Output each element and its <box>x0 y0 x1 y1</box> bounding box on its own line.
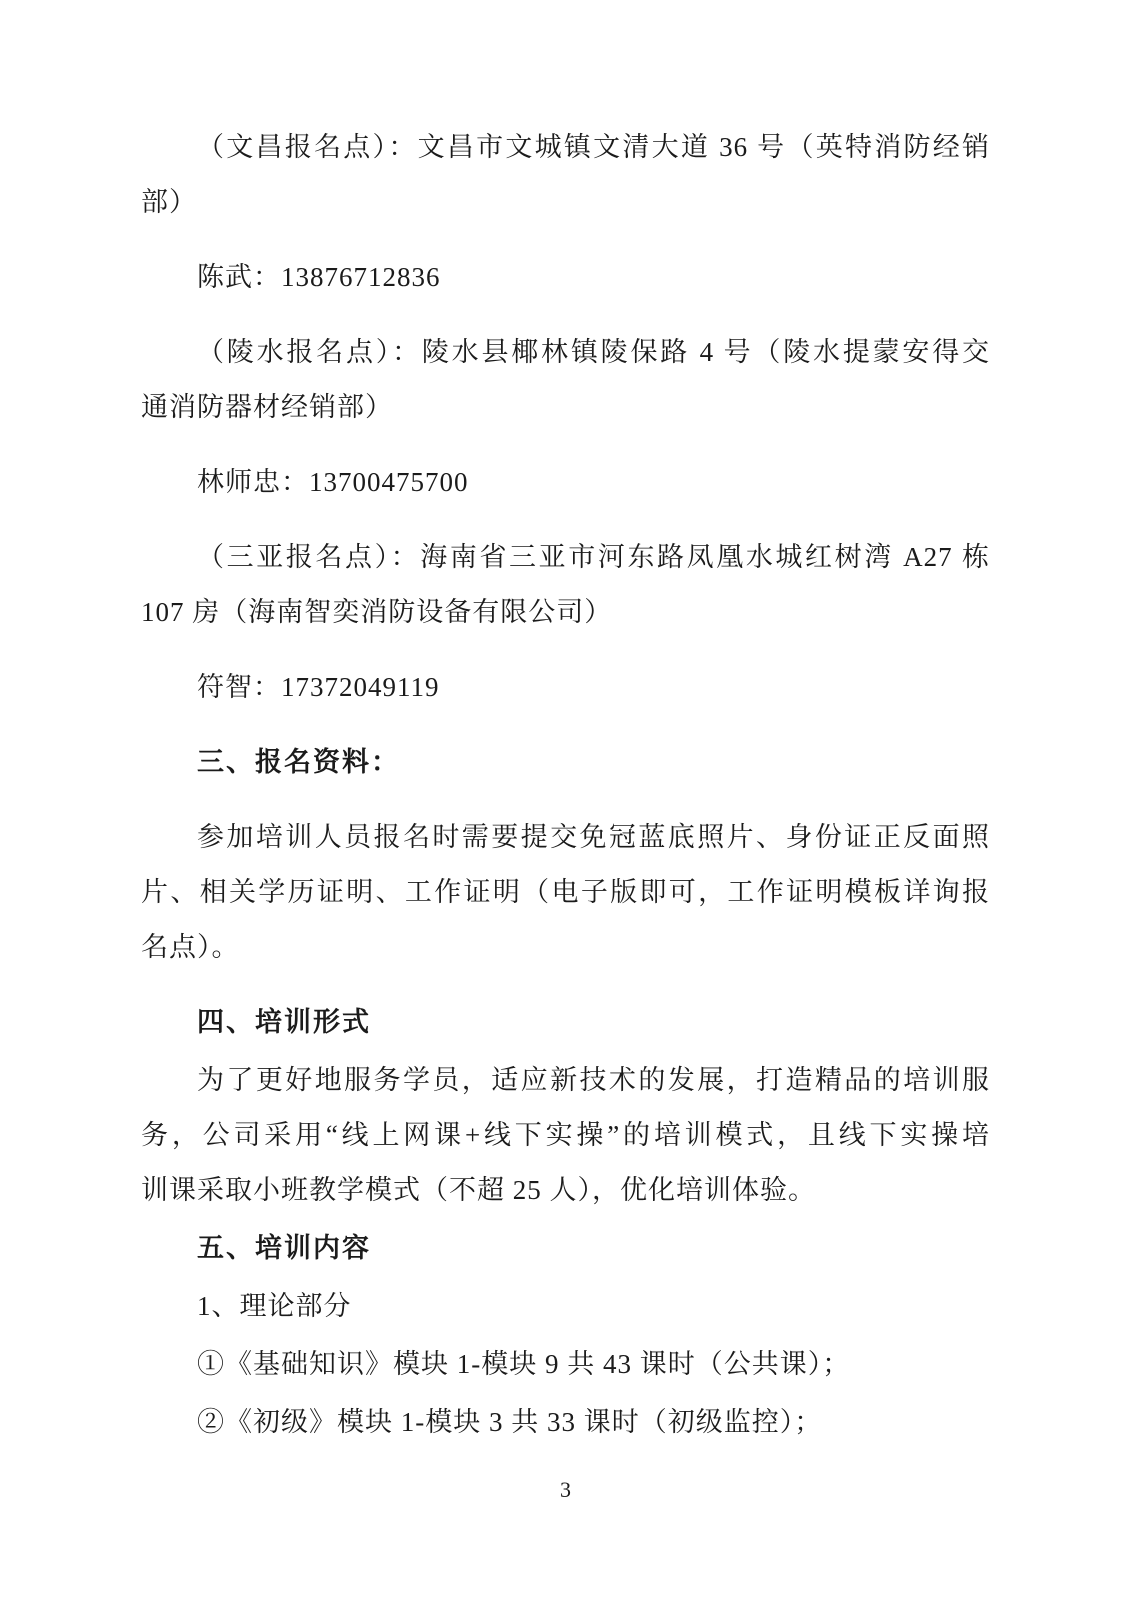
wenchang-contact-phone: 陈武：13876712836 <box>141 250 990 305</box>
text-line: 通消防器材经销部） <box>141 380 990 435</box>
text-line: 四、培训形式 <box>141 995 990 1050</box>
text-line: （文昌报名点）：文昌市文城镇文清大道 36 号（英特消防经销 <box>141 120 990 175</box>
document-page: （文昌报名点）：文昌市文城镇文清大道 36 号（英特消防经销部）陈武：13876… <box>0 0 1131 1600</box>
section-5-heading: 五、培训内容 <box>141 1221 990 1276</box>
text-line: 林师忠：13700475700 <box>141 455 990 510</box>
text-line: 陈武：13876712836 <box>141 250 990 305</box>
text-line: （陵水报名点）：陵水县椰林镇陵保路 4 号（陵水提蒙安得交 <box>141 325 990 380</box>
text-line: 片、相关学历证明、工作证明（电子版即可，工作证明模板详询报 <box>141 865 990 920</box>
text-line: 名点）。 <box>141 920 990 975</box>
text-line: ②《初级》模块 1-模块 3 共 33 课时（初级监控）； <box>141 1395 990 1450</box>
theory-part-subheading: 1、理论部分 <box>141 1279 990 1334</box>
document-body: （文昌报名点）：文昌市文城镇文清大道 36 号（英特消防经销部）陈武：13876… <box>141 120 990 1453</box>
text-line: 部） <box>141 175 990 230</box>
text-line: 三、报名资料： <box>141 735 990 790</box>
wenchang-registration-point-address: （文昌报名点）：文昌市文城镇文清大道 36 号（英特消防经销部） <box>141 120 990 230</box>
section-3-body: 参加培训人员报名时需要提交免冠蓝底照片、身份证正反面照片、相关学历证明、工作证明… <box>141 810 990 975</box>
text-line: ①《基础知识》模块 1-模块 9 共 43 课时（公共课）； <box>141 1337 990 1392</box>
text-line: 训课采取小班教学模式（不超 25 人），优化培训体验。 <box>141 1163 990 1218</box>
section-4-body: 为了更好地服务学员，适应新技术的发展，打造精品的培训服务，公司采用“线上网课+线… <box>141 1053 990 1218</box>
sanya-registration-point-address: （三亚报名点）：海南省三亚市河东路凤凰水城红树湾 A27 栋107 房（海南智奕… <box>141 530 990 640</box>
section-4-heading: 四、培训形式 <box>141 995 990 1050</box>
theory-item-basic-knowledge: ①《基础知识》模块 1-模块 9 共 43 课时（公共课）； <box>141 1337 990 1392</box>
text-line: 参加培训人员报名时需要提交免冠蓝底照片、身份证正反面照 <box>141 810 990 865</box>
section-3-heading: 三、报名资料： <box>141 735 990 790</box>
page-number: 3 <box>0 1470 1131 1510</box>
lingshui-contact-phone: 林师忠：13700475700 <box>141 455 990 510</box>
theory-item-elementary: ②《初级》模块 1-模块 3 共 33 课时（初级监控）； <box>141 1395 990 1450</box>
text-line: （三亚报名点）：海南省三亚市河东路凤凰水城红树湾 A27 栋 <box>141 530 990 585</box>
text-line: 107 房（海南智奕消防设备有限公司） <box>141 585 990 640</box>
text-line: 务，公司采用“线上网课+线下实操”的培训模式，且线下实操培 <box>141 1108 990 1163</box>
lingshui-registration-point-address: （陵水报名点）：陵水县椰林镇陵保路 4 号（陵水提蒙安得交通消防器材经销部） <box>141 325 990 435</box>
text-line: 符智：17372049119 <box>141 660 990 715</box>
text-line: 五、培训内容 <box>141 1221 990 1276</box>
text-line: 1、理论部分 <box>141 1279 990 1334</box>
sanya-contact-phone: 符智：17372049119 <box>141 660 990 715</box>
text-line: 为了更好地服务学员，适应新技术的发展，打造精品的培训服 <box>141 1053 990 1108</box>
